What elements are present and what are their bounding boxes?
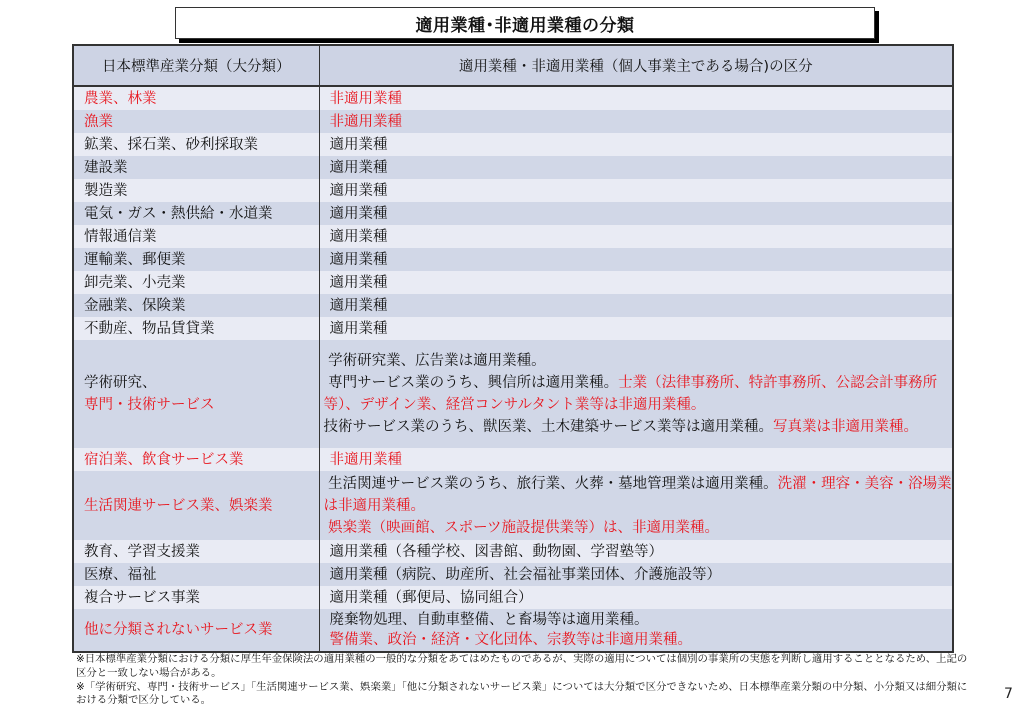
category-line-1: 学術研究、 xyxy=(84,372,319,394)
applicability-cell: 適用業種（病院、助産所、社会福祉事業団体、介護施設等） xyxy=(319,563,953,586)
industry-category-cell: 複合サービス事業 xyxy=(73,586,319,609)
header-applicability: 適用業種・非適用業種（個人事業主である場合)の区分 xyxy=(319,45,953,86)
segment-applicable: 廃棄物処理、自動車整備、と畜場等は適用業種。 xyxy=(330,610,953,630)
applicability-cell: 生活関連サービス業のうち、旅行業、火葬・墓地管理業は適用業種。洗濯・理容・美容・… xyxy=(319,471,953,540)
table-row: 電気・ガス・熱供給・水道業 適用業種 xyxy=(73,202,953,225)
table-row: 製造業 適用業種 xyxy=(73,179,953,202)
industry-category-cell: 漁業 xyxy=(73,110,319,133)
applicability-cell: 適用業種 xyxy=(319,133,953,156)
applicability-cell: 非適用業種 xyxy=(319,110,953,133)
industry-category-cell: 他に分類されないサービス業 xyxy=(73,609,319,652)
segment-applicable: 生活関連サービス業のうち、旅行業、火葬・墓地管理業は適用業種。 xyxy=(328,476,778,492)
industry-category-cell: 卸売業、小売業 xyxy=(73,271,319,294)
industry-category-cell: 教育、学習支援業 xyxy=(73,540,319,563)
header-industry-category: 日本標準産業分類（大分類） xyxy=(73,45,319,86)
industry-category-cell: 金融業、保険業 xyxy=(73,294,319,317)
table-row: 学術研究、 専門・技術サービス 学術研究業、広告業は適用業種。 専門サービス業の… xyxy=(73,340,953,448)
table-row: 卸売業、小売業 適用業種 xyxy=(73,271,953,294)
table-row: 生活関連サービス業、娯楽業 生活関連サービス業のうち、旅行業、火葬・墓地管理業は… xyxy=(73,471,953,540)
industry-category-cell: 運輸業、郵便業 xyxy=(73,248,319,271)
footnote-2: ※「学術研究、専門・技術サービス」「生活関連サービス業、娯楽業」「他に分類されな… xyxy=(76,681,976,709)
table-row: 運輸業、郵便業 適用業種 xyxy=(73,248,953,271)
industry-category-cell: 不動産、物品賃貸業 xyxy=(73,317,319,340)
table-header-row: 日本標準産業分類（大分類） 適用業種・非適用業種（個人事業主である場合)の区分 xyxy=(73,45,953,86)
industry-category-cell: 生活関連サービス業、娯楽業 xyxy=(73,471,319,540)
page-number: 7 xyxy=(1004,686,1013,702)
applicability-cell: 適用業種 xyxy=(319,271,953,294)
table-row: 不動産、物品賃貸業 適用業種 xyxy=(73,317,953,340)
industry-category-cell: 農業、林業 xyxy=(73,86,319,110)
table-row: 金融業、保険業 適用業種 xyxy=(73,294,953,317)
table-row: 鉱業、採石業、砂利採取業 適用業種 xyxy=(73,133,953,156)
table-row: 教育、学習支援業 適用業種（各種学校、図書館、動物園、学習塾等） xyxy=(73,540,953,563)
applicability-cell: 学術研究業、広告業は適用業種。 専門サービス業のうち、興信所は適用業種。士業（法… xyxy=(319,340,953,448)
industry-category-cell: 情報通信業 xyxy=(73,225,319,248)
table-row: 宿泊業、飲食サービス業 非適用業種 xyxy=(73,448,953,471)
table-row: 医療、福祉 適用業種（病院、助産所、社会福祉事業団体、介護施設等） xyxy=(73,563,953,586)
applicability-cell: 適用業種 xyxy=(319,179,953,202)
industry-category-cell: 鉱業、採石業、砂利採取業 xyxy=(73,133,319,156)
page-title: 適用業種･非適用業種の分類 xyxy=(175,7,875,39)
table-row: 複合サービス事業 適用業種（郵便局、協同組合） xyxy=(73,586,953,609)
segment-applicable: 学術研究業、広告業は適用業種。 xyxy=(328,353,546,369)
industry-category-cell: 医療、福祉 xyxy=(73,563,319,586)
footnotes: ※日本標準産業分類における分類に厚生年金保険法の適用業種の一般的な分類をあてはめ… xyxy=(76,653,976,708)
footnote-1: ※日本標準産業分類における分類に厚生年金保険法の適用業種の一般的な分類をあてはめ… xyxy=(76,653,976,681)
segment-non-applicable: 写真業は非適用業種。 xyxy=(773,419,918,435)
segment-non-applicable: 警備業、政治・経済・文化団体、宗教等は非適用業種。 xyxy=(330,630,953,650)
applicability-cell: 非適用業種 xyxy=(319,448,953,471)
industry-category-cell: 電気・ガス・熱供給・水道業 xyxy=(73,202,319,225)
table-row: 他に分類されないサービス業 廃棄物処理、自動車整備、と畜場等は適用業種。 警備業… xyxy=(73,609,953,652)
industry-category-cell: 製造業 xyxy=(73,179,319,202)
applicability-cell: 適用業種 xyxy=(319,156,953,179)
applicability-cell: 適用業種 xyxy=(319,248,953,271)
segment-applicable: 技術サービス業のうち、獣医業、土木建築サービス業等は適用業種。 xyxy=(324,419,774,435)
applicability-cell: 適用業種 xyxy=(319,202,953,225)
applicability-cell: 適用業種 xyxy=(319,225,953,248)
table-row: 情報通信業 適用業種 xyxy=(73,225,953,248)
applicability-cell: 適用業種 xyxy=(319,294,953,317)
applicability-cell: 適用業種（各種学校、図書館、動物園、学習塾等） xyxy=(319,540,953,563)
table-row: 農業、林業 非適用業種 xyxy=(73,86,953,110)
applicability-cell: 廃棄物処理、自動車整備、と畜場等は適用業種。 警備業、政治・経済・文化団体、宗教… xyxy=(319,609,953,652)
industry-category-cell: 学術研究、 専門・技術サービス xyxy=(73,340,319,448)
applicability-cell: 適用業種（郵便局、協同組合） xyxy=(319,586,953,609)
segment-non-applicable: 娯楽業（映画館、スポーツ施設提供業等）は、非適用業種。 xyxy=(328,520,719,536)
applicability-cell: 非適用業種 xyxy=(319,86,953,110)
category-line-2: 専門・技術サービス xyxy=(84,394,319,416)
industry-category-cell: 建設業 xyxy=(73,156,319,179)
industry-classification-table: 日本標準産業分類（大分類） 適用業種・非適用業種（個人事業主である場合)の区分 … xyxy=(72,44,954,653)
table-row: 建設業 適用業種 xyxy=(73,156,953,179)
applicability-cell: 適用業種 xyxy=(319,317,953,340)
table-row: 漁業 非適用業種 xyxy=(73,110,953,133)
industry-category-cell: 宿泊業、飲食サービス業 xyxy=(73,448,319,471)
segment-applicable: 専門サービス業のうち、興信所は適用業種。 xyxy=(328,375,618,391)
